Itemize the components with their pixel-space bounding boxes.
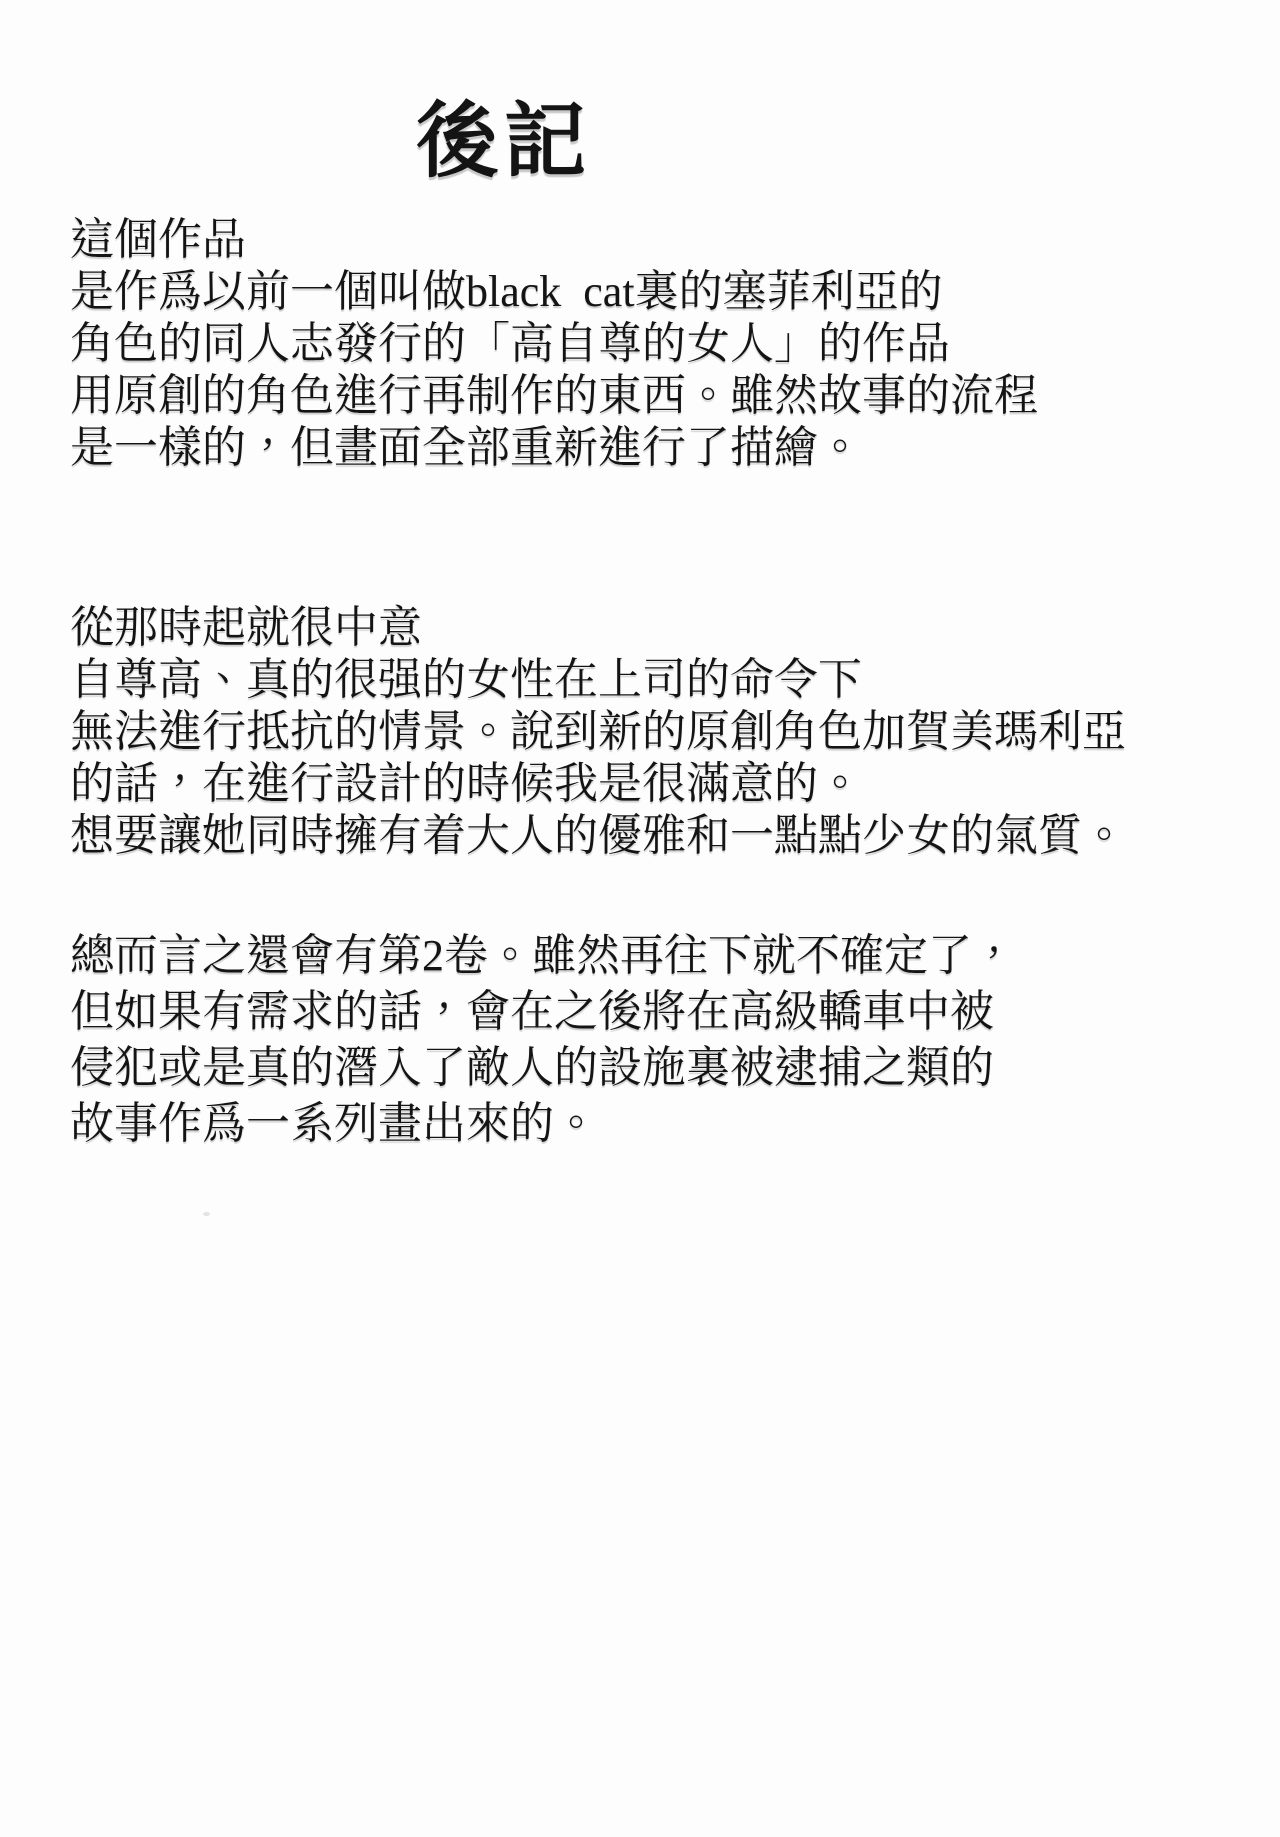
- scan-speck: [203, 1212, 210, 1216]
- afterword-line: 侵犯或是真的潛入了敵人的設施裏被逮捕之類的: [70, 1040, 1016, 1096]
- page-title: 後記: [416, 97, 592, 187]
- afterword-line: 是一樣的，但畫面全部重新進行了描繪。: [70, 422, 1038, 474]
- afterword-line: 是作爲以前一個叫做black cat裏的塞菲利亞的: [70, 266, 1038, 318]
- afterword-line: 故事作爲一系列畫出來的。: [70, 1096, 1016, 1152]
- paragraph-1: 這個作品 是作爲以前一個叫做black cat裏的塞菲利亞的 角色的同人志發行的…: [70, 214, 1038, 474]
- paragraph-2: 從那時起就很中意 自尊高、真的很强的女性在上司的命令下 無法進行抵抗的情景。說到…: [70, 602, 1126, 862]
- afterword-page: 後記 這個作品 是作爲以前一個叫做black cat裏的塞菲利亞的 角色的同人志…: [0, 0, 1280, 1837]
- afterword-line: 角色的同人志發行的「高自尊的女人」的作品: [70, 318, 1038, 370]
- afterword-line: 自尊高、真的很强的女性在上司的命令下: [70, 654, 1126, 706]
- afterword-line: 想要讓她同時擁有着大人的優雅和一點點少女的氣質。: [70, 810, 1126, 862]
- afterword-line: 但如果有需求的話，會在之後將在高級轎車中被: [70, 984, 1016, 1040]
- afterword-line: 的話，在進行設計的時候我是很滿意的。: [70, 758, 1126, 810]
- afterword-line: 總而言之還會有第2卷。雖然再往下就不確定了，: [70, 928, 1016, 984]
- afterword-line: 這個作品: [70, 214, 1038, 266]
- afterword-line: 無法進行抵抗的情景。說到新的原創角色加賀美瑪利亞: [70, 706, 1126, 758]
- afterword-line: 用原創的角色進行再制作的東西。雖然故事的流程: [70, 370, 1038, 422]
- paragraph-3: 總而言之還會有第2卷。雖然再往下就不確定了， 但如果有需求的話，會在之後將在高級…: [70, 928, 1016, 1152]
- afterword-line: 從那時起就很中意: [70, 602, 1126, 654]
